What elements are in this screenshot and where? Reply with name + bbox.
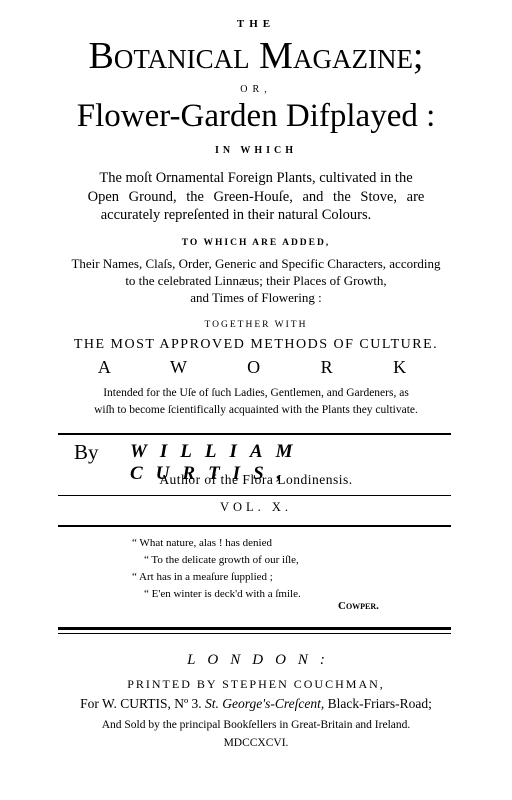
printer-line: PRINTED BY STEPHEN COUCHMAN, bbox=[0, 677, 512, 692]
subtitle: Flower-Garden Difplayed : bbox=[0, 96, 512, 136]
or-connector: OR, bbox=[0, 84, 512, 95]
description-line: The moſt Ornamental Foreign Plants, cult… bbox=[0, 170, 512, 187]
added-line: and Times of Flowering : bbox=[0, 290, 512, 306]
publisher-street: St. George's-Creſcent, bbox=[205, 696, 324, 711]
a-work-heading: A W O R K bbox=[0, 357, 512, 378]
added-line: to the celebrated Linnæus; their Places … bbox=[0, 273, 512, 289]
imprint-city: LONDON: bbox=[0, 652, 512, 669]
description-line: accurately repreſented in their natural … bbox=[0, 207, 492, 224]
double-rule-thin bbox=[58, 633, 451, 634]
rule-above-author bbox=[58, 433, 451, 435]
main-title: Botanical Magazine; bbox=[0, 34, 512, 78]
by-label: By bbox=[74, 440, 99, 464]
epigraph-line: “ What nature, alas ! has denied bbox=[132, 535, 301, 552]
epigraph-line: “ E'en winter is deck'd with a ſmile. bbox=[132, 586, 301, 603]
methods-heading: THE MOST APPROVED METHODS OF CULTURE. bbox=[0, 337, 512, 353]
publication-year: MDCCXCVI. bbox=[0, 737, 512, 749]
publisher-road: Black-Friars-Road; bbox=[328, 696, 432, 711]
the-heading: THE bbox=[0, 18, 512, 30]
together-with-heading: TOGETHER WITH bbox=[0, 320, 512, 330]
publisher-name: For W. CURTIS, Nº 3. bbox=[80, 696, 202, 711]
intended-line: wiſh to become ſcientifically acquainted… bbox=[0, 404, 512, 416]
to-which-added-heading: TO WHICH ARE ADDED, bbox=[0, 238, 512, 248]
double-rule-thick bbox=[58, 627, 451, 630]
epigraph-attribution: Cowper. bbox=[338, 600, 379, 612]
intended-line: Intended for the Uſe of ſuch Ladies, Gen… bbox=[0, 387, 512, 399]
sold-by-line: And Sold by the principal Bookſellers in… bbox=[0, 719, 512, 731]
in-which-heading: IN WHICH bbox=[0, 145, 512, 156]
description-line: Open Ground, the Green-Houſe, and the St… bbox=[0, 189, 512, 206]
author-credential: Author of the Flora Londinensis. bbox=[0, 472, 512, 488]
title-word-botanical: Botanical bbox=[89, 35, 250, 77]
publisher-line: For W. CURTIS, Nº 3. St. George's-Creſce… bbox=[0, 696, 512, 712]
epigraph: “ What nature, alas ! has denied “ To th… bbox=[132, 535, 301, 603]
rule-above-volume bbox=[58, 495, 451, 496]
volume-number: VOL. X. bbox=[0, 500, 512, 515]
epigraph-line: “ Art has in a meaſure ſupplied ; bbox=[132, 569, 301, 586]
title-word-magazine: Magazine; bbox=[259, 35, 423, 77]
epigraph-line: “ To the delicate growth of our iſle, bbox=[132, 552, 301, 569]
rule-below-volume bbox=[58, 525, 451, 527]
added-line: Their Names, Claſs, Order, Generic and S… bbox=[0, 256, 512, 272]
author-line: By WILLIAM CURTIS, bbox=[74, 440, 454, 465]
